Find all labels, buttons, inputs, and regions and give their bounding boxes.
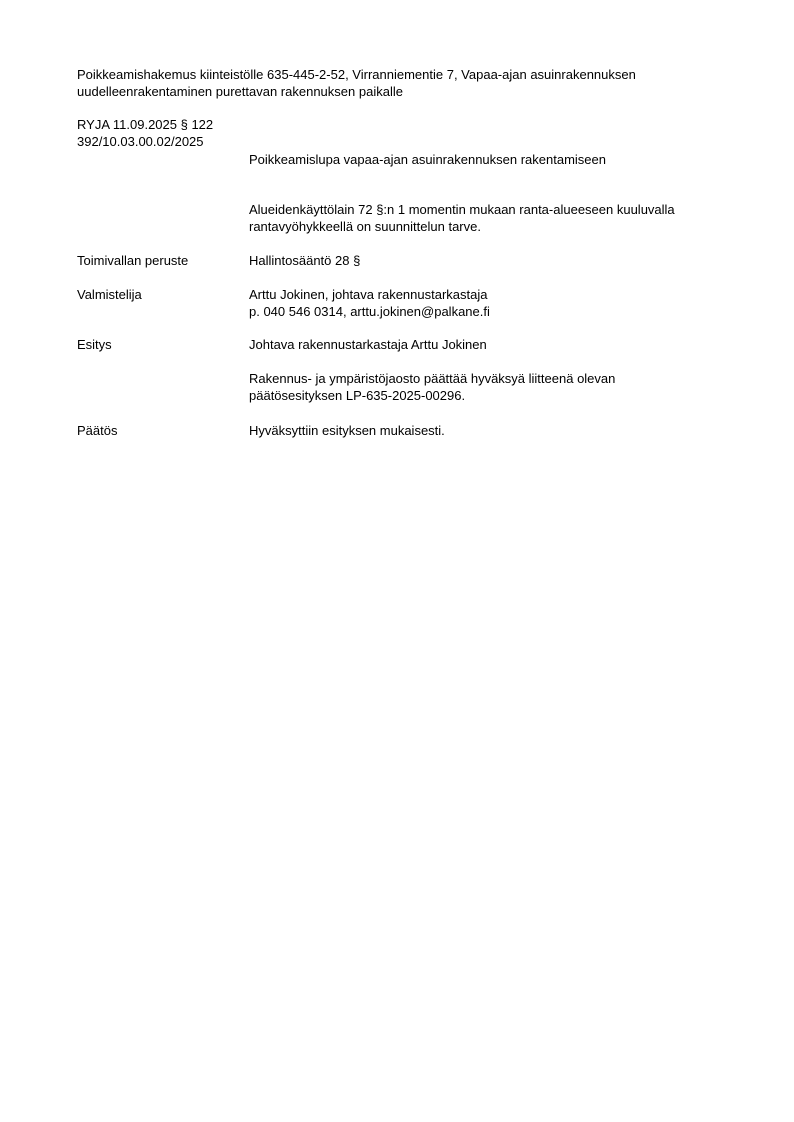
proposal-presenter: Johtava rakennustarkastaja Arttu Jokinen — [249, 336, 487, 353]
preparer-contact: p. 040 546 0314, arttu.jokinen@palkane.f… — [249, 303, 490, 320]
proposal-label: Esitys — [77, 336, 112, 353]
subject-heading: Poikkeamislupa vapaa-ajan asuinrakennuks… — [249, 151, 606, 168]
proposal-body-line-2: päätösesityksen LP-635-2025-00296. — [249, 387, 465, 404]
proposal-body-line-1: Rakennus- ja ympäristöjaosto päättää hyv… — [249, 370, 615, 387]
background-line-1: Alueidenkäyttölain 72 §:n 1 momentin muk… — [249, 201, 675, 218]
diary-number: 392/10.03.00.02/2025 — [77, 133, 204, 150]
decision-value: Hyväksyttiin esityksen mukaisesti. — [249, 422, 445, 439]
preparer-name: Arttu Jokinen, johtava rakennustarkastaj… — [249, 286, 487, 303]
authority-value: Hallintosääntö 28 § — [249, 252, 360, 269]
decision-label: Päätös — [77, 422, 117, 439]
preparer-label: Valmistelija — [77, 286, 142, 303]
authority-label: Toimivallan peruste — [77, 252, 188, 269]
meeting-reference: RYJA 11.09.2025 § 122 — [77, 116, 213, 133]
title-line-2: uudelleenrakentaminen purettavan rakennu… — [77, 83, 403, 100]
title-line-1: Poikkeamishakemus kiinteistölle 635-445-… — [77, 66, 636, 83]
background-line-2: rantavyöhykkeellä on suunnittelun tarve. — [249, 218, 481, 235]
